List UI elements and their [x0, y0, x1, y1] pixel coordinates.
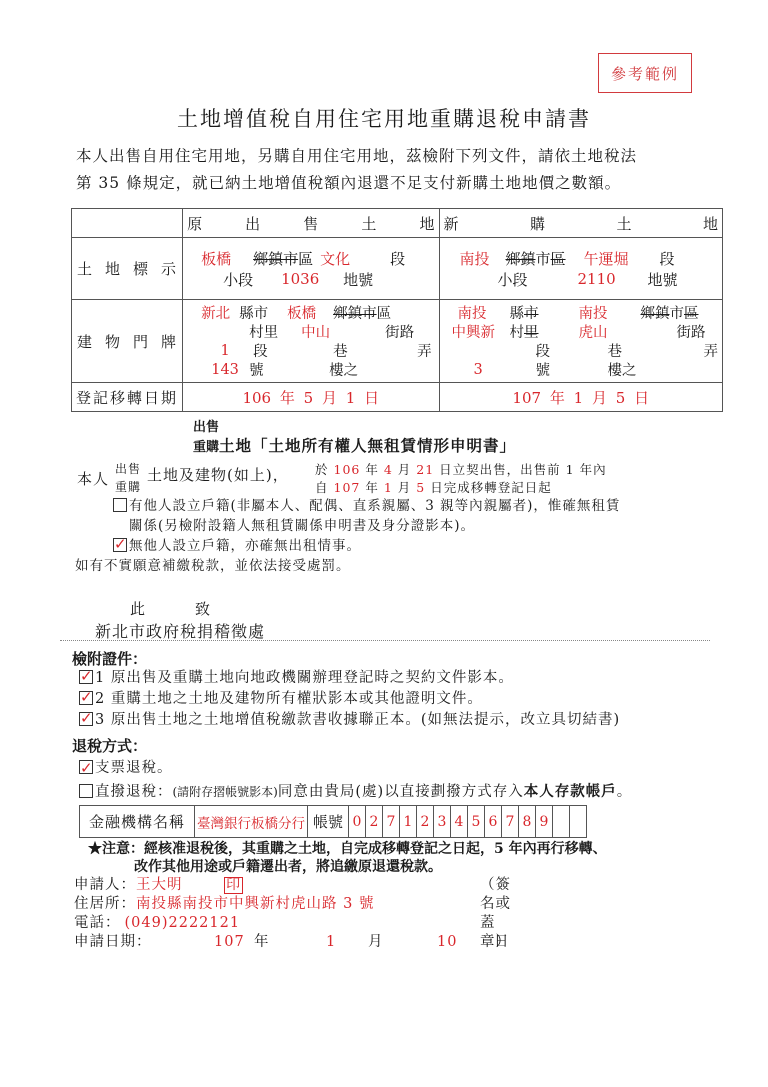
applicant-name-row: 申請人：王大明 印 （簽名或蓋章） — [74, 876, 374, 895]
bank-name-label: 金融機構名稱 — [80, 806, 195, 838]
account-digit[interactable]: 4 — [451, 806, 468, 838]
original-land-designation: 板橋 鄉鎮市 區 文化 段 小段 1036 地號 — [183, 238, 439, 300]
refund-method-title: 退稅方式： — [72, 735, 147, 756]
notice: ★注意：經核准退稅後，其重購之土地，自完成移轉登記之日起，5 年內再行移轉、 改… — [88, 840, 607, 876]
direct-transfer-checkbox[interactable] — [79, 784, 93, 798]
declaration-body: 本人 出售 重購 土地及建物(如上)， 於 106 年 4 月 21 日立契出售… — [77, 460, 620, 576]
account-digit[interactable]: 7 — [383, 806, 400, 838]
original-land-section: 文化 — [320, 248, 390, 269]
application-year[interactable]: 107 — [214, 933, 245, 952]
account-digit[interactable]: 3 — [434, 806, 451, 838]
header-original-land: 原 出 售 土 地 — [183, 209, 439, 238]
phone-value[interactable]: (049)2222121 — [125, 915, 241, 931]
declaration-heading: 出售 重購土地「土地所有權人無租賃情形申明書」 — [193, 419, 516, 457]
new-land-district: 南投 — [460, 248, 506, 269]
others-registered-checkbox[interactable] — [113, 498, 127, 512]
attachment-1-checkbox[interactable] — [79, 670, 93, 684]
account-digit[interactable]: 7 — [502, 806, 519, 838]
new-land-lot-no: 2110 — [578, 270, 648, 288]
addressee-salutation: 此致 — [130, 598, 210, 619]
new-registration-date: 107 年 1 月 5 日 — [439, 383, 723, 412]
registration-date-row: 登記移轉日期 106 年 5 月 1 日 107 年 1 月 5 日 — [72, 383, 723, 412]
attachment-item: 3 原出售土地之土地增值稅繳款書收據聯正本。(如無法提示，改立具切結書) — [79, 710, 620, 731]
residence-row: 住居所：南投縣南投市中興新村虎山路 3 號 — [74, 895, 374, 914]
cheque-refund-checkbox[interactable] — [79, 760, 93, 774]
building-address-label: 建 物 門 牌 — [72, 300, 183, 383]
building-address-row: 建 物 門 牌 新北 縣市 板橋 鄉鎮市 區 村里 中山 街路 — [72, 300, 723, 383]
declaration-closing: 如有不實願意補繳稅款，並依法接受處罰。 — [75, 556, 620, 576]
account-digit[interactable]: 9 — [536, 806, 553, 838]
sale-date-line: 於 106 年 4 月 21 日立契出售，出售前 1 年內 — [315, 460, 607, 478]
header-blank-cell — [72, 209, 183, 238]
account-digit[interactable]: 2 — [366, 806, 383, 838]
new-land-designation: 南投 鄉鎮 市 區 午運堀 段 小段 2110 地號 — [439, 238, 723, 300]
attachments-list: 1 原出售及重購土地向地政機關辦理登記時之契約文件影本。 2 重購土地之土地及建… — [79, 668, 620, 731]
account-digit[interactable]: 2 — [417, 806, 434, 838]
attachment-2-checkbox[interactable] — [79, 691, 93, 705]
applicant-info: 申請人：王大明 印 （簽名或蓋章） 住居所：南投縣南投市中興新村虎山路 3 號 … — [74, 876, 374, 952]
declaration-title: 土地「土地所有權人無租賃情形申明書」 — [219, 436, 516, 455]
refund-transfer-option: 直撥退稅：(請附存摺帳號影本)同意由貴局(處)以直接劃撥方式存入本人存款帳戶。 — [79, 780, 632, 804]
intro-paragraph: 本人出售自用住宅用地，另購自用住宅用地，茲檢附下列文件，請依土地稅法 第 35 … — [76, 143, 637, 197]
attachment-item: 1 原出售及重購土地向地政機關辦理登記時之契約文件影本。 — [79, 668, 620, 689]
application-day[interactable]: 10 — [437, 933, 457, 952]
recipient-office: 新北市政府稅捐稽徵處 — [95, 619, 265, 642]
application-date-row: 申請日期： 107 年 1 月 10 日 — [74, 933, 374, 952]
land-designation-row: 土 地 標 示 板橋 鄉鎮市 區 文化 段 小段 1036 地號 — [72, 238, 723, 300]
applicant-name[interactable]: 王大明 — [136, 877, 183, 893]
account-digit[interactable]: 5 — [468, 806, 485, 838]
application-month[interactable]: 1 — [326, 933, 336, 952]
account-digit[interactable]: 8 — [519, 806, 536, 838]
account-digit[interactable] — [553, 806, 570, 838]
account-digit[interactable]: 0 — [349, 806, 366, 838]
residence-value[interactable]: 南投縣南投市中興新村虎山路 3 號 — [136, 896, 374, 912]
new-land-section: 午運堀 — [584, 248, 660, 269]
intro-line-2: 第 35 條規定，就已納土地增值稅額內退還不足支付新購土地地價之數額。 — [76, 170, 637, 197]
header-new-land: 新 購 土 地 — [439, 209, 723, 238]
table-header-row: 原 出 售 土 地 新 購 土 地 — [72, 209, 723, 238]
attachment-3-checkbox[interactable] — [79, 712, 93, 726]
account-digit[interactable]: 6 — [485, 806, 502, 838]
original-land-lot-no: 1036 — [281, 270, 343, 288]
refund-cheque-option: 支票退稅。 — [79, 756, 632, 780]
attachment-item: 2 重購土地之土地及建物所有權狀影本或其他證明文件。 — [79, 689, 620, 710]
phone-row: 電話：(049)2222121 — [74, 914, 374, 933]
declaration-option-none: 無他人設立戶籍，亦確無出租情事。 — [77, 536, 620, 556]
original-land-district: 板橋 — [201, 248, 253, 269]
refund-options: 支票退稅。 直撥退稅：(請附存摺帳號影本)同意由貴局(處)以直接劃撥方式存入本人… — [79, 756, 632, 804]
registration-date-label: 登記移轉日期 — [72, 383, 183, 412]
bank-account-table: 金融機構名稱 臺灣銀行板橋分行 帳號 0 2 7 1 2 3 4 5 6 7 8… — [79, 805, 587, 838]
seal-mark: 印 — [224, 877, 243, 894]
declaration-option-others: 有他人設立戶籍(非屬本人、配偶、直系親屬、3 親等內親屬者)，惟確無租賃 關係(… — [77, 496, 620, 536]
account-digit[interactable] — [570, 806, 587, 838]
bank-name-field[interactable]: 臺灣銀行板橋分行 — [195, 806, 308, 838]
land-designation-label: 土 地 標 示 — [72, 238, 183, 300]
original-registration-date: 106 年 5 月 1 日 — [183, 383, 439, 412]
account-label: 帳號 — [308, 806, 349, 838]
new-building-address: 南投 縣 市 南投 鄉鎮 市 區 中興新 村 里 虎山 街路 段 — [439, 300, 723, 383]
land-info-table: 原 出 售 土 地 新 購 土 地 土 地 標 示 — [71, 208, 723, 412]
divider — [60, 640, 710, 641]
no-others-registered-checkbox[interactable] — [113, 538, 127, 552]
original-building-address: 新北 縣市 板橋 鄉鎮市 區 村里 中山 街路 1 段 巷 弄 — [183, 300, 439, 383]
registration-date-line: 自 107 年 1 月 5 日完成移轉登記日起 — [315, 478, 552, 496]
account-digit[interactable]: 1 — [400, 806, 417, 838]
page-title: 土地增值稅自用住宅用地重購退稅申請書 — [0, 103, 768, 133]
reference-sample-stamp: 參考範例 — [598, 53, 692, 93]
star-icon: ★注意： — [88, 841, 144, 857]
intro-line-1: 本人出售自用住宅用地，另購自用住宅用地，茲檢附下列文件，請依土地稅法 — [76, 143, 637, 170]
